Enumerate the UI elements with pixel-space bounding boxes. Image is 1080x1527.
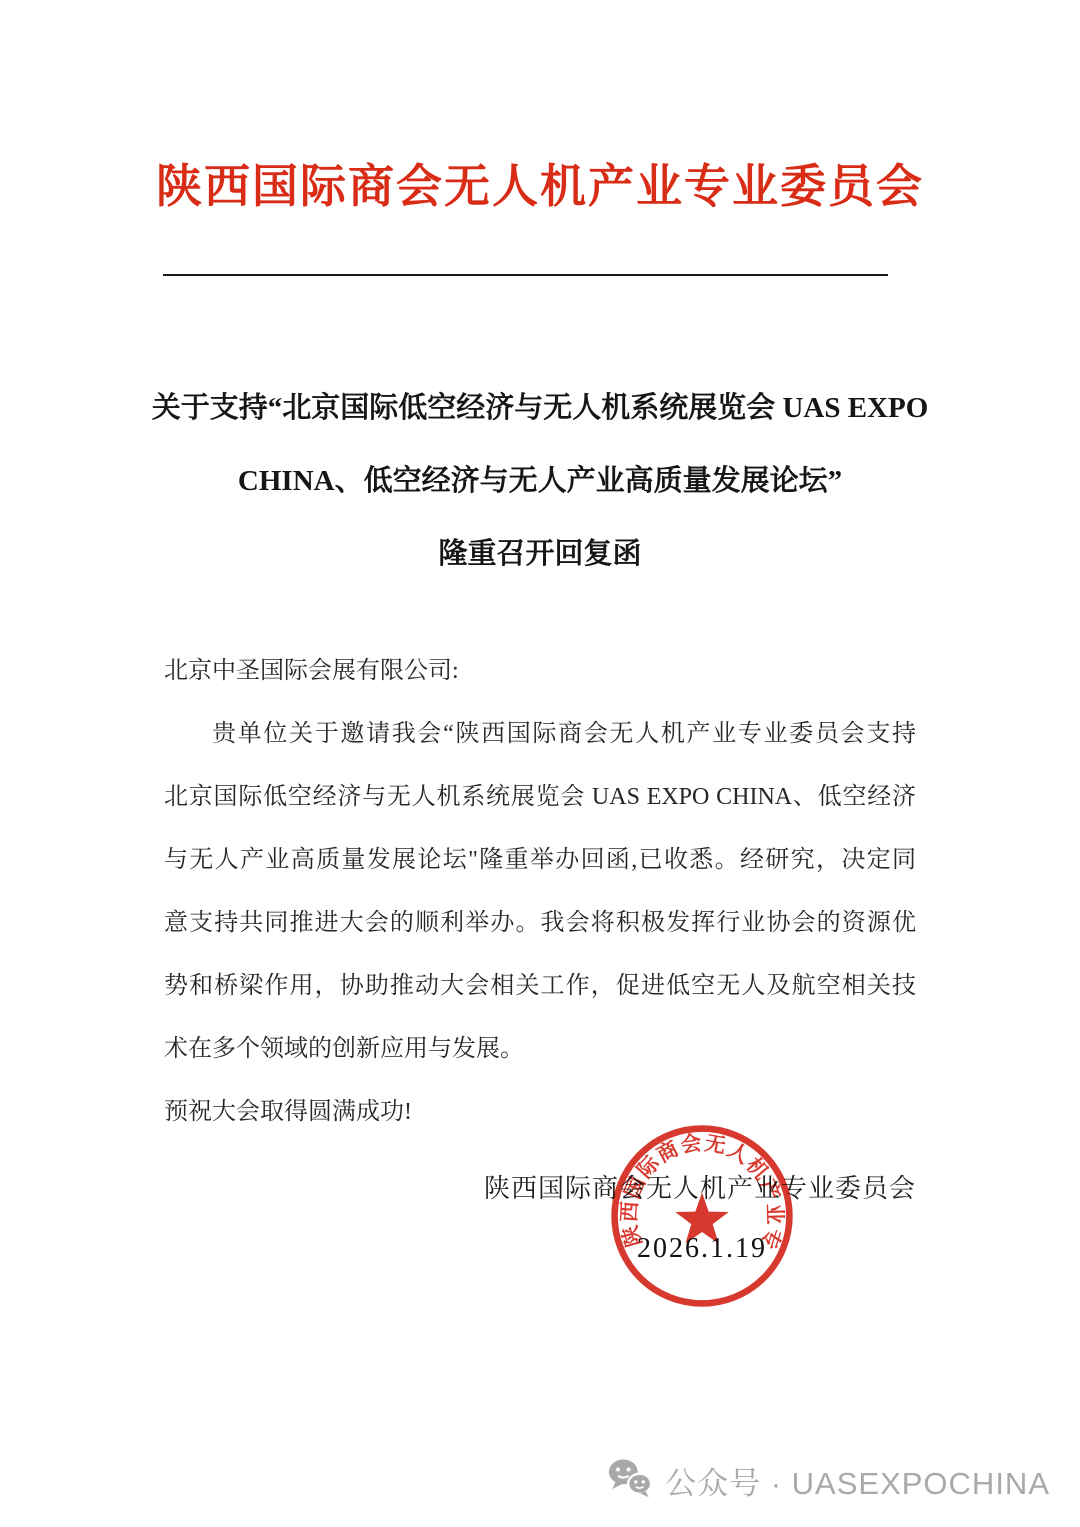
seal-ring — [615, 1129, 790, 1304]
doc-title-line-1: 关于支持“北京国际低空经济与无人机系统展览会 UAS EXPO — [120, 372, 960, 445]
closing-line: 预祝大会取得圆满成功! — [164, 1081, 916, 1144]
doc-title-line-3: 隆重召开回复函 — [120, 518, 960, 591]
body-line: 势和桥梁作用，协助推动大会相关工作，促进低空无人及航空相关技 — [164, 955, 916, 1018]
signature-name: 陕西国际商会无人机产业专业委员会 — [164, 1163, 916, 1215]
wechat-icon — [607, 1457, 653, 1503]
body-line: 北京国际低空经济与无人机系统展览会 UAS EXPO CHINA、低空经济 — [164, 766, 916, 829]
salutation-line: 北京中圣国际会展有限公司: — [164, 640, 916, 703]
body-line: 与无人产业高质量发展论坛"隆重举办回函,已收悉。经研究，决定同 — [164, 829, 916, 892]
footer-label: 公众号 · UASEXPOCHINA — [665, 1458, 1050, 1503]
letterhead-divider — [163, 274, 888, 276]
letterhead-org-name: 陕西国际商会无人机产业专业委员会 — [0, 150, 1080, 216]
footer: 公众号 · UASEXPOCHINA — [0, 1448, 1080, 1512]
body-line: 意支持共同推进大会的顺利举办。我会将积极发挥行业协会的资源优 — [164, 892, 916, 955]
official-seal: 陕西国际商会无人机产业专业委员会 — [608, 1122, 796, 1310]
body-line: 贵单位关于邀请我会“陕西国际商会无人机产业专业委员会支持 — [164, 703, 916, 766]
signature-date: 2026.1.19 — [592, 1227, 812, 1271]
document-page: 陕西国际商会无人机产业专业委员会 关于支持“北京国际低空经济与无人机系统展览会 … — [0, 0, 1080, 1527]
letter-body: 北京中圣国际会展有限公司: 贵单位关于邀请我会“陕西国际商会无人机产业专业委员会… — [164, 640, 916, 1144]
body-line: 术在多个领域的创新应用与发展。 — [164, 1018, 916, 1081]
doc-title: 关于支持“北京国际低空经济与无人机系统展览会 UAS EXPO CHINA、低空… — [120, 372, 960, 591]
doc-title-line-2: CHINA、低空经济与无人产业高质量发展论坛” — [120, 445, 960, 518]
